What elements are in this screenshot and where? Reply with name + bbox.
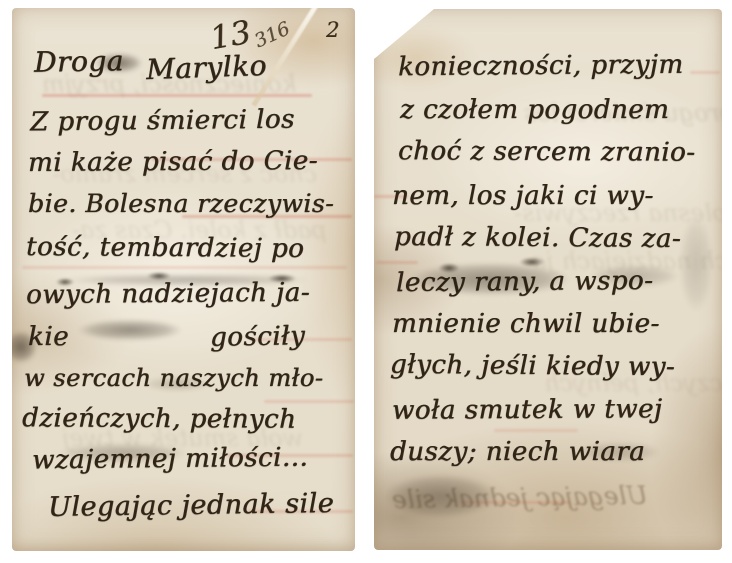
ink-smudge: [132, 374, 222, 394]
page-mark: 2: [326, 18, 339, 42]
handwritten-line: Ulegając jednak sile: [48, 490, 334, 521]
ink-smudge: [262, 272, 302, 285]
ink-smudge: [382, 257, 597, 301]
ink-smudge: [514, 255, 550, 269]
ink-smudge: [674, 199, 718, 329]
ink-smudge: [374, 467, 516, 525]
red-ruled-line: [494, 429, 578, 432]
handwritten-line: mnienie chwil ubie-: [392, 311, 660, 337]
handwritten-line: woła smutek w twej: [392, 396, 663, 423]
handwritten-line: nem, los jaki ci wy-: [392, 183, 654, 209]
letter-page-right: Z progu śmierci los bie. Bolesna rzeczyw…: [374, 9, 722, 550]
red-ruled-line: [42, 94, 312, 97]
handwritten-line: Marylko: [146, 52, 268, 84]
handwritten-line: konieczności, przyjm: [398, 52, 684, 80]
ink-smudge: [434, 261, 464, 275]
ink-smudge: [142, 270, 176, 282]
ink-smudge: [60, 316, 200, 344]
handwritten-line: padł z kolei. Czas za-: [394, 224, 681, 252]
handwritten-line: głych, jeśli kiedy wy-: [390, 352, 675, 380]
red-ruled-line: [22, 266, 347, 269]
ink-smudge: [564, 439, 674, 465]
red-ruled-line: [690, 71, 720, 74]
handwritten-line: tość, tembardziej po: [26, 234, 304, 262]
ink-smudge: [88, 50, 150, 76]
handwritten-line: dzieńczych, pełnych: [22, 405, 296, 432]
letter-page-left: konieczności, przyjm choć z sercem zrani…: [12, 8, 355, 551]
handwritten-line: z czołem pogodnem: [400, 97, 669, 123]
handwritten-line: mi każe pisać do Cie-: [28, 148, 318, 176]
handwritten-line: bie. Bolesna rzeczywis-: [28, 191, 334, 216]
handwritten-line: gościły: [210, 323, 306, 351]
ink-smudge: [38, 440, 208, 466]
red-ruled-line: [264, 400, 354, 403]
handwritten-line: Z progu śmierci los: [30, 107, 295, 136]
ink-smudge: [52, 276, 78, 288]
handwritten-line: choć z sercem zranio-: [398, 138, 696, 166]
letter-scan: konieczności, przyjm choć z sercem zrani…: [0, 0, 732, 563]
